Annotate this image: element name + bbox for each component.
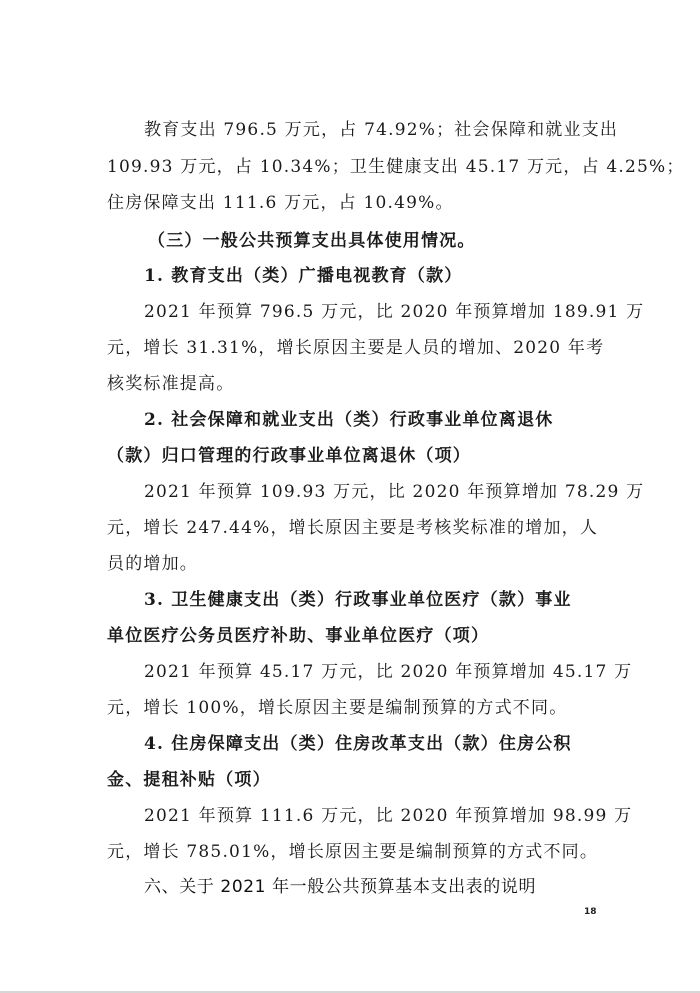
item-4-heading-line-1: 4. 住房保障支出（类）住房改革支出（款）住房公积	[144, 734, 644, 754]
item-2-heading-line-2: （款）归口管理的行政事业单位离退休（项）	[107, 446, 607, 466]
document-page: 教育支出 796.5 万元，占 74.92%；社会保障和就业支出 109.93 …	[0, 0, 700, 993]
item-1-body-line-2: 元，增长 31.31%，增长原因主要是人员的增加、2020 年考	[107, 338, 607, 358]
item-2-body-line-3: 员的增加。	[107, 554, 607, 574]
item-1-heading: 1. 教育支出（类）广播电视教育（款）	[144, 266, 644, 286]
item-1-body-line-3: 核奖标准提高。	[107, 374, 607, 394]
item-3-body-line-1: 2021 年预算 45.17 万元，比 2020 年预算增加 45.17 万	[144, 662, 644, 682]
section-title: （三）一般公共预算支出具体使用情况。	[148, 231, 648, 251]
item-4-heading-line-2: 金、提租补贴（项）	[107, 770, 607, 790]
item-4-body-line-2: 元，增长 785.01%，增长原因主要是编制预算的方式不同。	[107, 842, 607, 862]
next-section-heading: 六、关于 2021 年一般公共预算基本支出表的说明	[144, 877, 536, 897]
summary-line-2: 109.93 万元，占 10.34%；卫生健康支出 45.17 万元，占 4.2…	[107, 157, 607, 177]
page-number: 18	[584, 907, 597, 917]
item-2-heading-line-1: 2. 社会保障和就业支出（类）行政事业单位离退休	[144, 410, 644, 430]
item-4-body-line-1: 2021 年预算 111.6 万元，比 2020 年预算增加 98.99 万	[144, 806, 644, 826]
item-3-heading-line-2: 单位医疗公务员医疗补助、事业单位医疗（项）	[107, 626, 607, 646]
item-3-body-line-2: 元，增长 100%，增长原因主要是编制预算的方式不同。	[107, 698, 607, 718]
item-2-body-line-2: 元，增长 247.44%，增长原因主要是考核奖标准的增加，人	[107, 518, 607, 538]
item-3-heading-line-1: 3. 卫生健康支出（类）行政事业单位医疗（款）事业	[144, 590, 644, 610]
item-2-body-line-1: 2021 年预算 109.93 万元，比 2020 年预算增加 78.29 万	[144, 482, 644, 502]
summary-line-1: 教育支出 796.5 万元，占 74.92%；社会保障和就业支出	[144, 120, 644, 140]
summary-line-3: 住房保障支出 111.6 万元，占 10.49%。	[107, 193, 607, 213]
item-1-body-line-1: 2021 年预算 796.5 万元，比 2020 年预算增加 189.91 万	[144, 302, 644, 322]
